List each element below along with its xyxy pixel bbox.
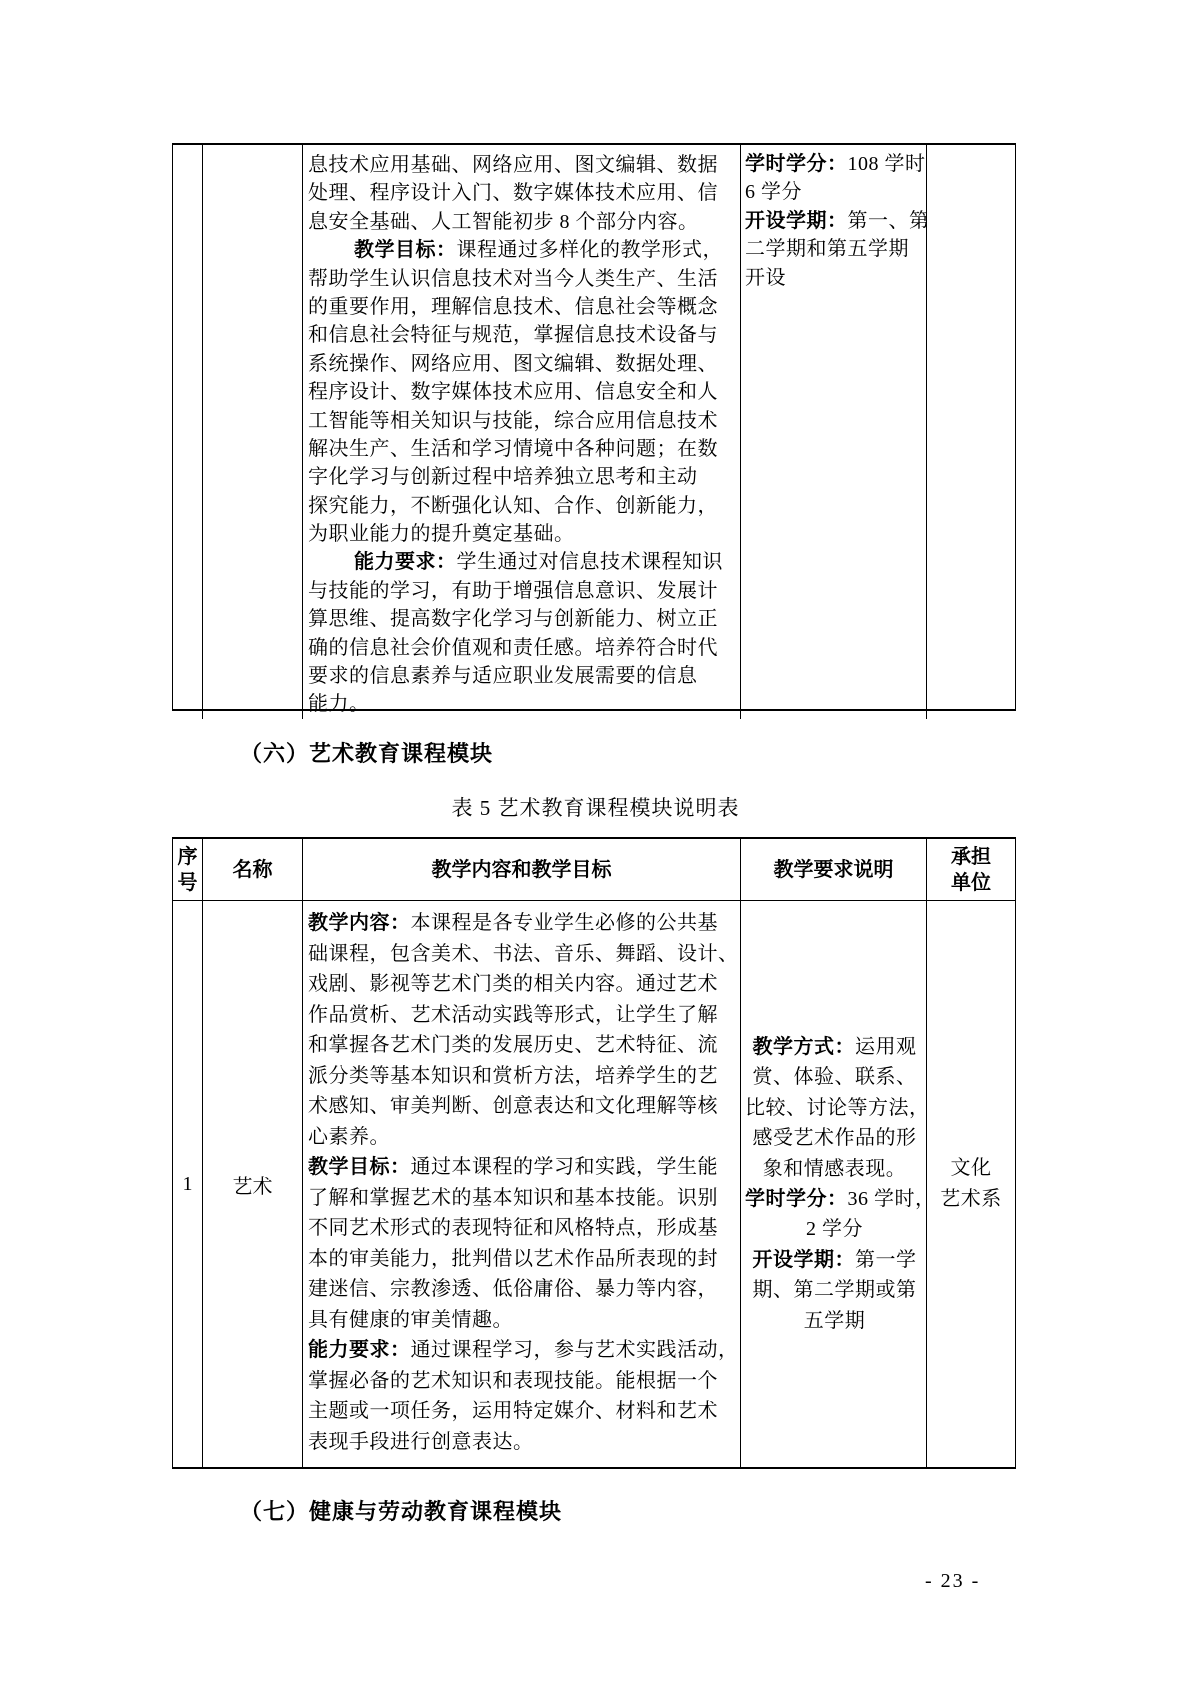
bold-label: 开设学期：: [745, 210, 848, 232]
cell-teaching-requirement: 学时学分：108 学时6 学分开设学期：第一、第二学期和第五学期开设: [741, 145, 927, 719]
text-line: 开设学期：第一学: [745, 1245, 924, 1275]
text-line: 艺术系: [940, 1184, 1002, 1215]
header-unit-lines: 承担单位: [951, 844, 991, 896]
text-line: 教学目标：课程通过多样化的教学形式，: [308, 236, 737, 264]
text-line: 教学目标：通过本课程的学习和实践，学生能: [308, 1152, 737, 1183]
page-number: - 23 -: [925, 1570, 980, 1593]
text-line: 6 学分: [745, 178, 924, 206]
name-value: 艺术: [233, 1170, 273, 1199]
cell-name-empty: [203, 145, 303, 719]
text-line: 了解和掌握艺术的基本知识和基本技能。识别: [308, 1183, 737, 1214]
teaching-requirement-text: 学时学分：108 学时6 学分开设学期：第一、第二学期和第五学期开设: [741, 145, 926, 292]
bold-label: 学时学分：: [745, 153, 848, 175]
text-line: 础课程，包含美术、书法、音乐、舞蹈、设计、: [308, 939, 737, 970]
text-line: 帮助学生认识信息技术对当今人类生产、生活: [308, 265, 737, 293]
text-line: 主题或一项任务，运用特定媒介、材料和艺术: [308, 1396, 737, 1427]
text-line: 和信息社会特征与规范，掌握信息技术设备与: [308, 321, 737, 349]
cell-requirement: 教学方式：运用观赏、体验、联系、比较、讨论等方法，感受艺术作品的形象和情感表现。…: [741, 901, 927, 1467]
text-line: 字化学习与创新过程中培养独立思考和主动: [308, 463, 737, 491]
text-line: 号: [178, 870, 198, 896]
text-line: 感受艺术作品的形: [745, 1123, 924, 1153]
text-line: 息安全基础、人工智能初步 8 个部分内容。: [308, 208, 737, 236]
table5: 序号 名称 教学内容和教学目标 教学要求说明 承担单位 1 艺术: [172, 837, 1016, 1469]
text-line: 能力。: [308, 690, 737, 718]
continuation-table: 息技术应用基础、网络应用、图文编辑、数据处理、程序设计入门、数字媒体技术应用、信…: [172, 143, 1016, 711]
text-line: 学时学分：108 学时: [745, 150, 924, 178]
text-line: 作品赏析、艺术活动实践等形式，让学生了解: [308, 1000, 737, 1031]
header-requirement: 教学要求说明: [741, 839, 927, 900]
section-heading-six: （六）艺术教育课程模块: [240, 737, 493, 768]
bold-label: 能力要求：: [308, 1339, 411, 1361]
text-line: 表现手段进行创意表达。: [308, 1427, 737, 1458]
text-line: 要求的信息素养与适应职业发展需要的信息: [308, 662, 737, 690]
text-line: 开设学期：第一、第: [745, 207, 924, 235]
text-line: 算思维、提高数字化学习与创新能力、树立正: [308, 605, 737, 633]
text-line: 赏、体验、联系、: [745, 1062, 924, 1092]
text-line: 能力要求：学生通过对信息技术课程知识: [308, 548, 737, 576]
bold-label: 学时学分：: [745, 1188, 848, 1210]
text-line: 五学期: [745, 1306, 924, 1336]
cell-unit: 文化艺术系: [927, 901, 1015, 1467]
header-content-label: 教学内容和教学目标: [432, 857, 612, 883]
header-name: 名称: [203, 839, 303, 900]
cell-seq: 1: [173, 901, 203, 1467]
table5-data-row: 1 艺术 教学内容：本课程是各专业学生必修的公共基础课程，包含美术、书法、音乐、…: [173, 901, 1015, 1467]
bold-label: 教学内容：: [308, 912, 411, 934]
text-line: 能力要求：通过课程学习，参与艺术实践活动，: [308, 1335, 737, 1366]
table5-header-row: 序号 名称 教学内容和教学目标 教学要求说明 承担单位: [173, 839, 1015, 901]
text-line: 工智能等相关知识与技能，综合应用信息技术: [308, 407, 737, 435]
header-seq-lines: 序号: [178, 844, 198, 896]
text-line: 处理、程序设计入门、数字媒体技术应用、信: [308, 179, 737, 207]
document-page: 息技术应用基础、网络应用、图文编辑、数据处理、程序设计入门、数字媒体技术应用、信…: [0, 0, 1191, 1684]
text-line: 掌握必备的艺术知识和表现技能。能根据一个: [308, 1366, 737, 1397]
text-line: 和掌握各艺术门类的发展历史、艺术特征、流: [308, 1030, 737, 1061]
text-line: 确的信息社会价值观和责任感。培养符合时代: [308, 634, 737, 662]
text-line: 息技术应用基础、网络应用、图文编辑、数据: [308, 151, 737, 179]
text-line: 系统操作、网络应用、图文编辑、数据处理、: [308, 350, 737, 378]
header-seq: 序号: [173, 839, 203, 900]
text-line: 单位: [951, 870, 991, 896]
cell-teaching-content: 息技术应用基础、网络应用、图文编辑、数据处理、程序设计入门、数字媒体技术应用、信…: [303, 145, 741, 719]
requirement-text: 教学方式：运用观赏、体验、联系、比较、讨论等方法，感受艺术作品的形象和情感表现。…: [741, 1032, 926, 1336]
cell-unit-empty: [927, 145, 1015, 719]
text-line: 比较、讨论等方法，: [745, 1093, 924, 1123]
text-line: 解决生产、生活和学习情境中各种问题；在数: [308, 435, 737, 463]
text-line: 术感知、审美判断、创意表达和文化理解等核: [308, 1091, 737, 1122]
text-line: 建迷信、宗教渗透、低俗庸俗、暴力等内容，: [308, 1274, 737, 1305]
text-line: 探究能力，不断强化认知、合作、创新能力，: [308, 492, 737, 520]
text-line: 戏剧、影视等艺术门类的相关内容。通过艺术: [308, 969, 737, 1000]
text-line: 文化: [940, 1153, 1002, 1184]
unit-text: 文化艺术系: [940, 1153, 1002, 1215]
text-line: 期、第二学期或第: [745, 1275, 924, 1305]
cell-name: 艺术: [203, 901, 303, 1467]
text-line: 与技能的学习，有助于增强信息意识、发展计: [308, 577, 737, 605]
text-line: 的重要作用，理解信息技术、信息社会等概念: [308, 293, 737, 321]
text-line: 序: [178, 844, 198, 870]
cell-content: 教学内容：本课程是各专业学生必修的公共基础课程，包含美术、书法、音乐、舞蹈、设计…: [303, 901, 741, 1467]
header-name-label: 名称: [233, 857, 273, 883]
text-line: 象和情感表现。: [745, 1154, 924, 1184]
bold-label: 教学目标：: [308, 1156, 411, 1178]
header-requirement-label: 教学要求说明: [774, 857, 894, 883]
bold-label: 能力要求：: [354, 551, 457, 573]
text-line: 为职业能力的提升奠定基础。: [308, 520, 737, 548]
table5-caption: 表 5 艺术教育课程模块说明表: [0, 792, 1191, 822]
text-line: 具有健康的审美情趣。: [308, 1305, 737, 1336]
text-line: 学时学分：36 学时，: [745, 1184, 924, 1214]
text-line: 承担: [951, 844, 991, 870]
bold-label: 教学目标：: [354, 239, 457, 261]
content-text: 教学内容：本课程是各专业学生必修的公共基础课程，包含美术、书法、音乐、舞蹈、设计…: [303, 901, 740, 1457]
header-unit: 承担单位: [927, 839, 1015, 900]
text-line: 不同艺术形式的表现特征和风格特点，形成基: [308, 1213, 737, 1244]
seq-value: 1: [183, 1173, 193, 1196]
text-line: 教学内容：本课程是各专业学生必修的公共基: [308, 908, 737, 939]
text-line: 2 学分: [745, 1214, 924, 1244]
table-row: 息技术应用基础、网络应用、图文编辑、数据处理、程序设计入门、数字媒体技术应用、信…: [173, 145, 1015, 719]
teaching-content-text: 息技术应用基础、网络应用、图文编辑、数据处理、程序设计入门、数字媒体技术应用、信…: [303, 145, 740, 719]
text-line: 教学方式：运用观: [745, 1032, 924, 1062]
text-line: 本的审美能力，批判借以艺术作品所表现的封: [308, 1244, 737, 1275]
bold-label: 教学方式：: [753, 1036, 856, 1058]
section-heading-seven: （七）健康与劳动教育课程模块: [240, 1495, 562, 1526]
text-line: 程序设计、数字媒体技术应用、信息安全和人: [308, 378, 737, 406]
cell-seq-empty: [173, 145, 203, 719]
text-line: 心素养。: [308, 1122, 737, 1153]
text-line: 开设: [745, 264, 924, 292]
header-content: 教学内容和教学目标: [303, 839, 741, 900]
text-line: 二学期和第五学期: [745, 235, 924, 263]
text-line: 派分类等基本知识和赏析方法，培养学生的艺: [308, 1061, 737, 1092]
bold-label: 开设学期：: [753, 1249, 856, 1271]
